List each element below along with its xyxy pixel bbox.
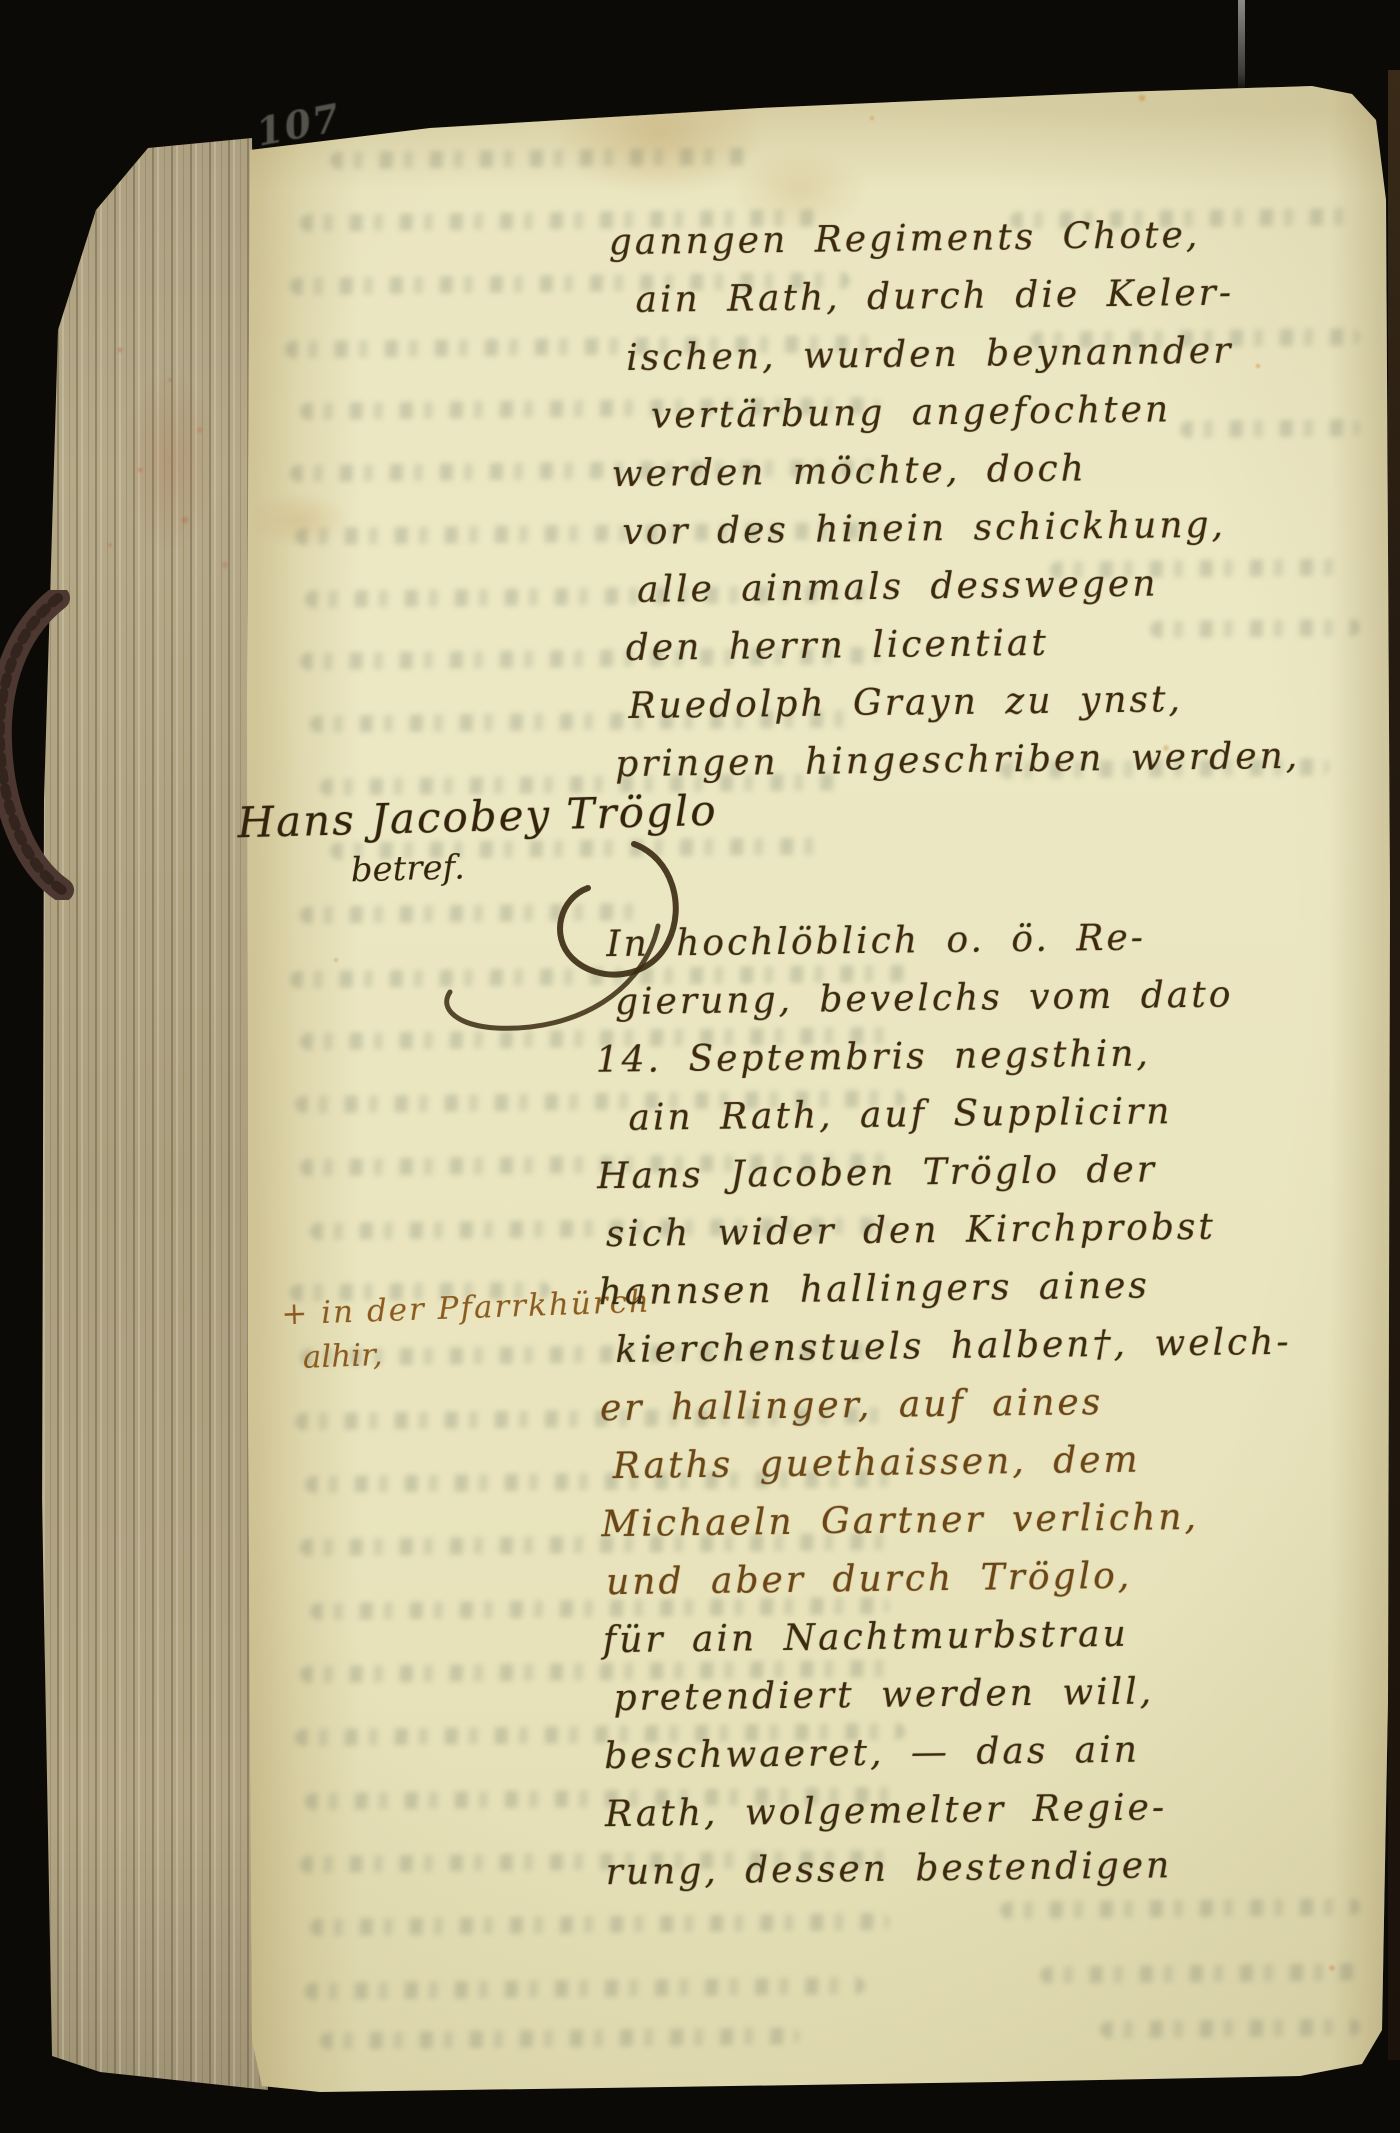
background-strap: [1238, 0, 1245, 92]
handwriting-line: sich wider den Kirchprobst: [598, 1198, 1291, 1264]
handwriting-line: gierung, bevelchs vom dato: [595, 966, 1288, 1032]
handwriting-line: Ruedolph Grayn zu ynst,: [614, 670, 1300, 736]
handwriting-line: pringen hingeschriben werden,: [615, 728, 1301, 794]
handwriting-line: Hans Jacoben Tröglo der: [597, 1140, 1290, 1206]
binding-cord: [0, 590, 86, 900]
handwriting-line: werden möchte, doch: [611, 438, 1297, 504]
handwriting-line: ain Rath, auf Supplicirn: [596, 1082, 1289, 1148]
handwriting-line: den herrn licentiat: [613, 612, 1299, 678]
manuscript-photo: 107 Hans Jacobey Tröglo betref. + in der…: [0, 0, 1400, 2133]
handwriting-line: Rath, wolgemelter Regie-: [605, 1778, 1298, 1844]
bleedthrough-line: [1040, 1963, 1360, 1983]
handwriting-line: beschwaeret, — das ain: [604, 1720, 1297, 1786]
paragraph-2: In hochlöblich o. ö. Re-gierung, bevelch…: [594, 908, 1298, 1902]
handwriting-line: rung, dessen bestendigen: [605, 1836, 1298, 1902]
handwriting-line: vertärbung angefochten: [611, 380, 1297, 446]
handwriting-line: ganngen Regiments Chote,: [608, 206, 1294, 272]
handwriting-line: er hallinger, auf aines: [600, 1372, 1293, 1438]
handwriting-line: pretendiert werden will,: [603, 1662, 1296, 1728]
book-cover-edge: [1388, 70, 1400, 2060]
handwriting-line: ain Rath, durch die Keler-: [609, 264, 1295, 330]
handwriting-line: Michaeln Gartner verlichn,: [601, 1488, 1294, 1554]
handwriting-line: hannsen hallingers aines: [598, 1256, 1291, 1322]
handwriting-line: und aber durch Tröglo,: [602, 1546, 1295, 1612]
handwriting-line: kierchenstuels halben†, welch-: [599, 1314, 1292, 1380]
handwriting-line: für ain Nachtmurbstrau: [603, 1604, 1296, 1670]
handwriting-line: ischen, wurden beynannder: [610, 322, 1296, 388]
handwriting-line: 14. Septembris negsthin,: [595, 1024, 1288, 1090]
paragraph-1: ganngen Regiments Chote,ain Rath, durch …: [608, 206, 1300, 794]
margin-note-church: + in der Pfarrkhürch alhir,: [281, 1284, 653, 1377]
handwriting-line: In hochlöblich o. ö. Re-: [594, 908, 1287, 974]
handwriting-line: alle ainmals desswegen: [613, 554, 1299, 620]
handwriting-line: vor des hinein schickhung,: [612, 496, 1298, 562]
bleedthrough-line: [1100, 2019, 1360, 2039]
handwriting-line: Raths guethaissen, dem: [600, 1430, 1293, 1496]
